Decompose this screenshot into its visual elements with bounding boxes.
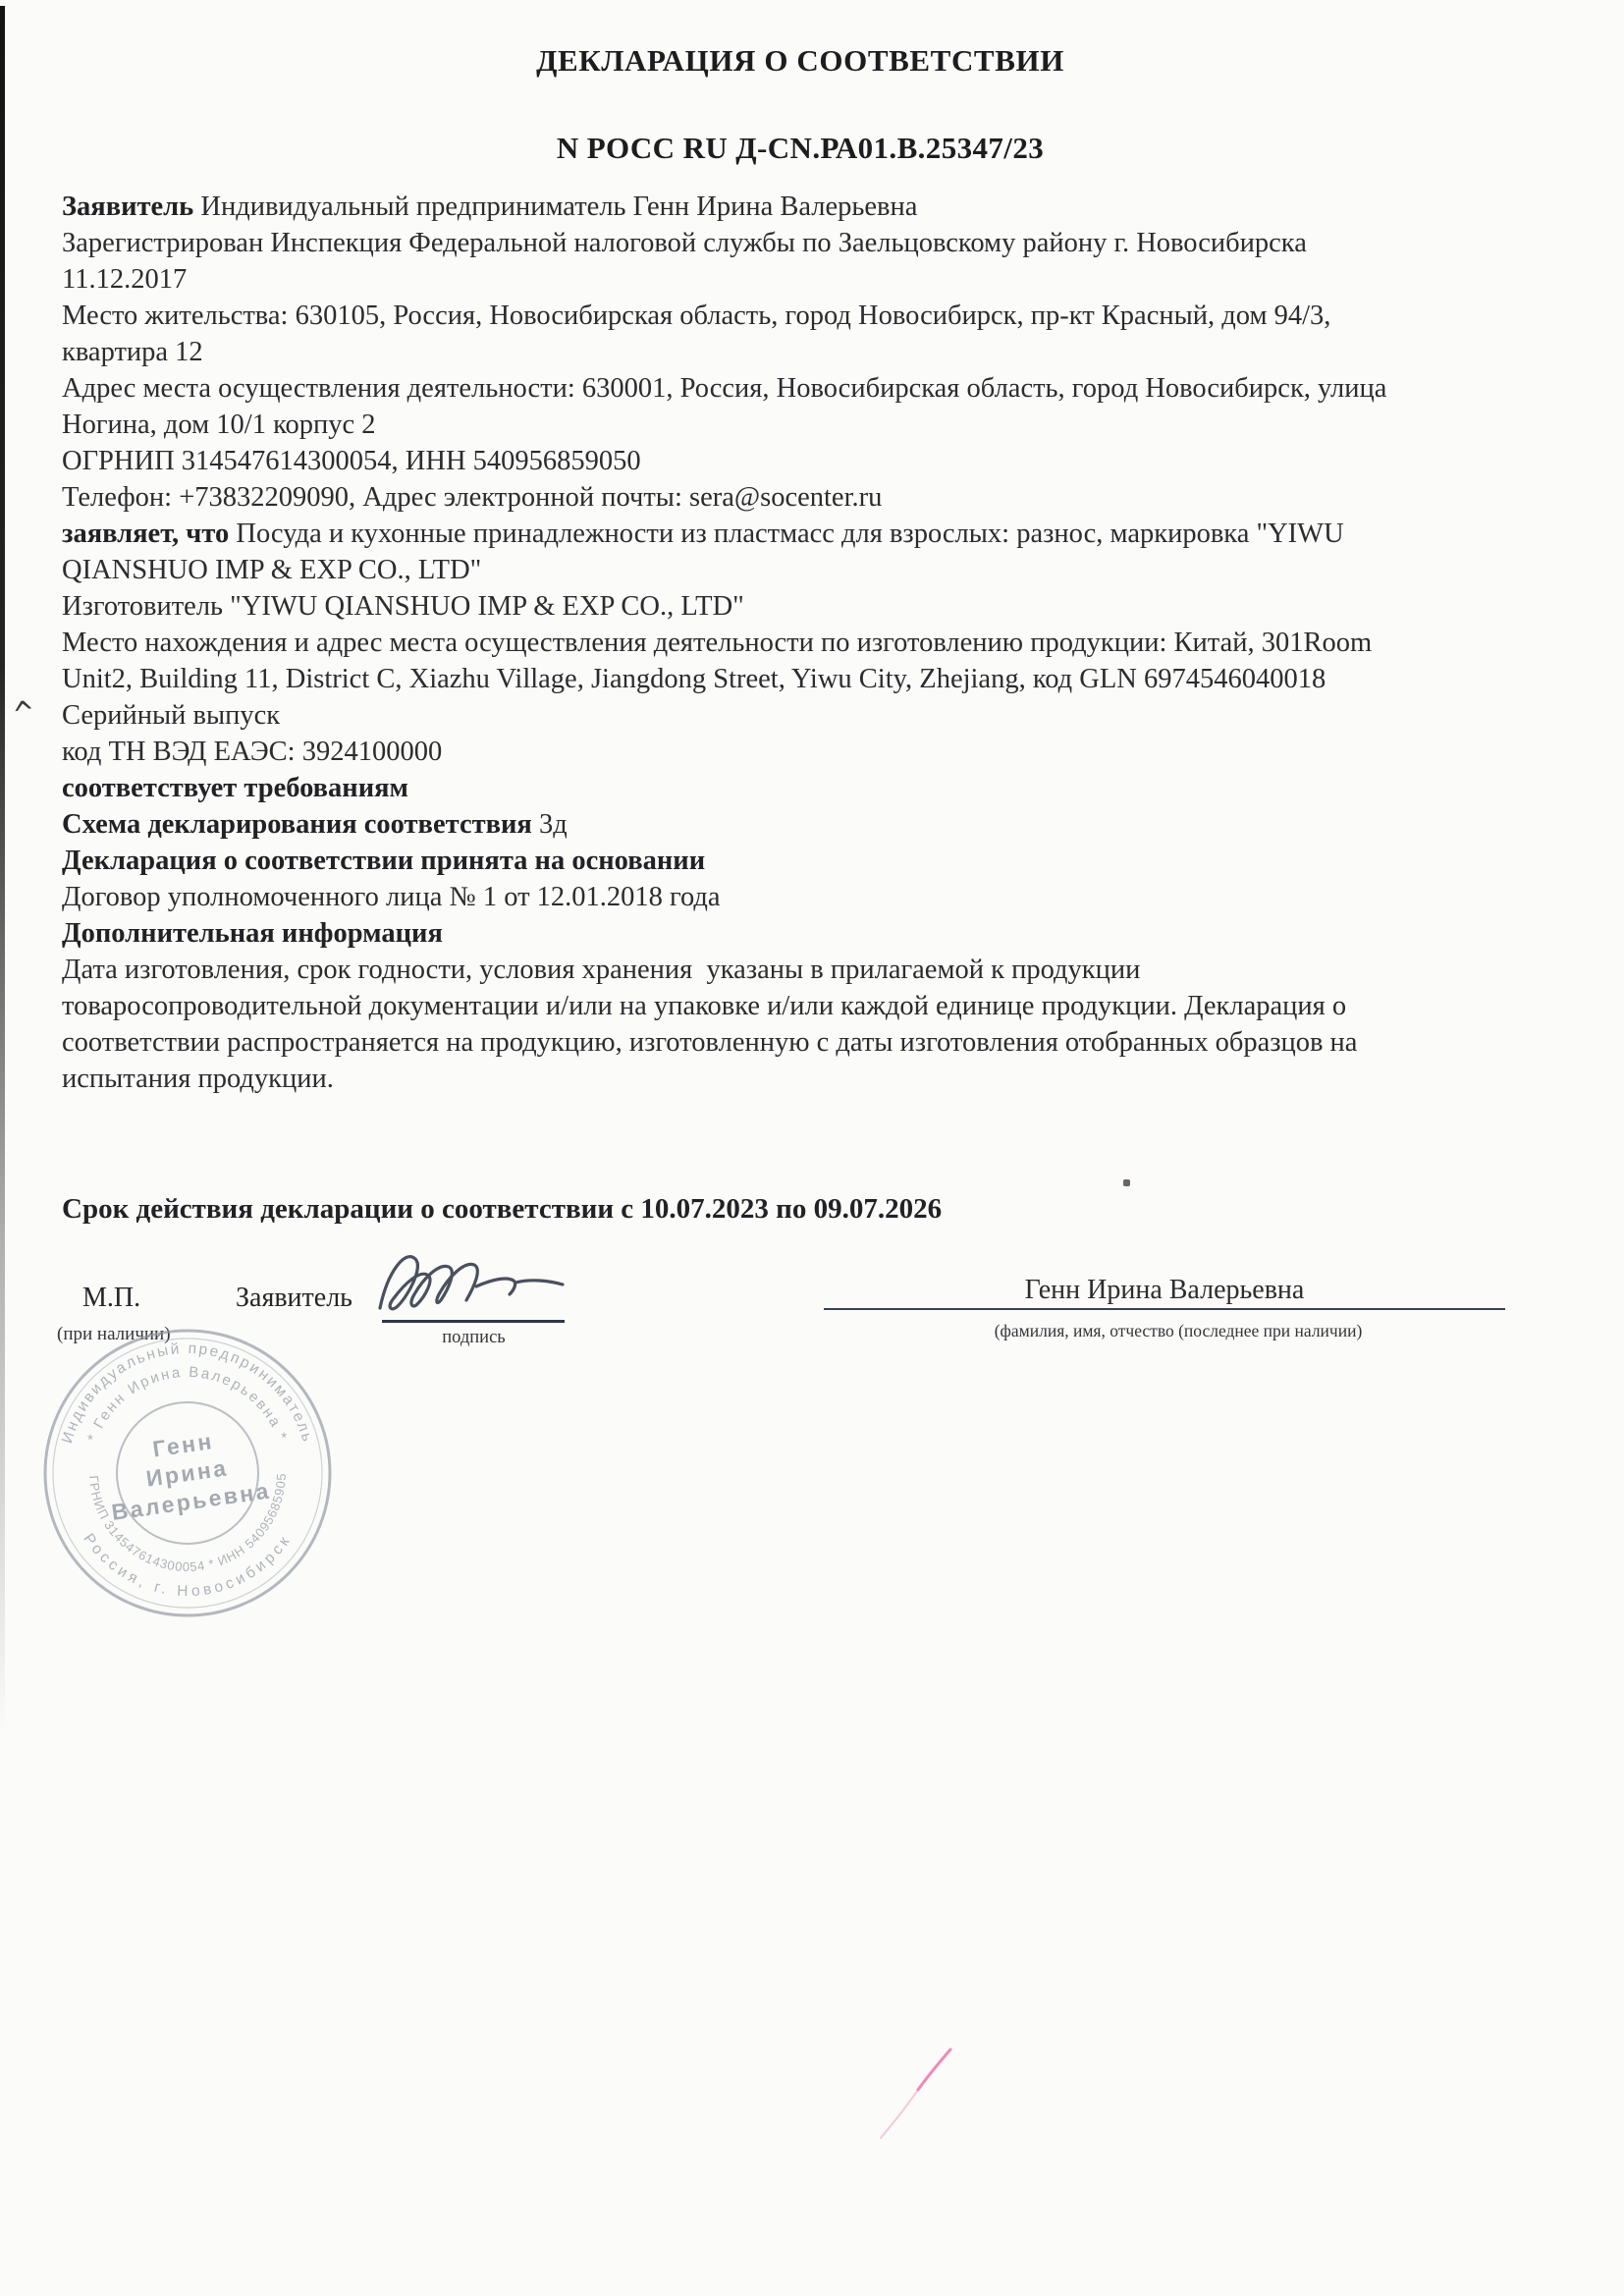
doc-line: код ТН ВЭД ЕАЭС: 3924100000 [62, 734, 442, 770]
doc-line: Схема декларирования соответствия 3д [62, 806, 568, 843]
doc-line-segment: Серийный выпуск [62, 700, 280, 731]
doc-line-segment: Место нахождения и адрес места осуществл… [62, 628, 1372, 658]
validity-period-line: Срок действия декларации о соответствии … [62, 1193, 942, 1226]
applicant-label: Заявитель [236, 1283, 352, 1314]
margin-caret-mark: ^ [11, 693, 37, 735]
doc-line-segment: квартира 12 [62, 337, 203, 367]
doc-line-segment: испытания продукции. [62, 1064, 334, 1094]
doc-line: Заявитель Индивидуальный предприниматель… [62, 189, 917, 225]
ink-speck-artifact [1123, 1179, 1130, 1186]
doc-line-bold-segment: соответствует требованиям [62, 773, 408, 803]
signature-caption: подпись [393, 1328, 555, 1348]
doc-line-bold-segment: Декларация о соответствии принята на осн… [62, 846, 705, 876]
doc-line-bold-segment: Заявитель [62, 191, 200, 222]
doc-line: Ногина, дом 10/1 корпус 2 [62, 407, 376, 443]
doc-line-segment: Договор уполномоченного лица № 1 от 12.0… [62, 882, 721, 912]
doc-line: ОГРНИП 314547614300054, ИНН 540956859050 [62, 443, 641, 479]
doc-line-segment: Телефон: +73832209090, Адрес электронной… [62, 482, 882, 513]
doc-line-segment: код ТН ВЭД ЕАЭС: 3924100000 [62, 737, 442, 767]
doc-line: Дополнительная информация [62, 915, 443, 952]
doc-line: 11.12.2017 [62, 261, 187, 298]
doc-line-segment: Зарегистрирован Инспекция Федеральной на… [62, 228, 1307, 258]
doc-line-segment: соответствии распространяется на продукц… [62, 1027, 1357, 1058]
doc-line-segment: Место жительства: 630105, Россия, Новоси… [62, 301, 1330, 331]
doc-line-segment: товаросопроводительной документации и/ил… [62, 991, 1346, 1021]
doc-line-bold-segment: Схема декларирования соответствия [62, 809, 539, 840]
doc-line-segment: Ногина, дом 10/1 корпус 2 [62, 410, 376, 440]
doc-line-segment: Посуда и кухонные принадлежности из плас… [236, 519, 1343, 549]
doc-line: Договор уполномоченного лица № 1 от 12.0… [62, 879, 721, 915]
doc-line-segment: 11.12.2017 [62, 264, 187, 295]
doc-line: соответствует требованиям [62, 770, 408, 806]
doc-line: Зарегистрирован Инспекция Федеральной на… [62, 225, 1307, 261]
doc-line-bold-segment: Дополнительная информация [62, 918, 443, 949]
doc-line-segment: QIANSHUO IMP & EXP CO., LTD" [62, 555, 481, 585]
doc-line: заявляет, что Посуда и кухонные принадле… [62, 516, 1344, 552]
doc-line-segment: Дата изготовления, срок годности, услови… [62, 955, 1140, 985]
doc-line-segment: 3д [539, 809, 568, 840]
pink-pen-stroke [864, 2033, 972, 2151]
document-page: ДЕКЛАРАЦИЯ О СООТВЕТСТВИИ N РОСС RU Д-CN… [0, 0, 1624, 2296]
handwritten-signature [366, 1243, 572, 1324]
doc-line: испытания продукции. [62, 1061, 334, 1097]
round-stamp: Индивидуальный предприниматель Россия, г… [35, 1323, 340, 1627]
doc-line-bold-segment: заявляет, что [62, 519, 236, 549]
doc-line: соответствии распространяется на продукц… [62, 1024, 1357, 1061]
stamp-place-label: М.П. [82, 1283, 140, 1314]
doc-line: QIANSHUO IMP & EXP CO., LTD" [62, 552, 481, 588]
doc-line-segment: Unit2, Building 11, District C, Xiazhu V… [62, 664, 1326, 694]
doc-line: Место жительства: 630105, Россия, Новоси… [62, 298, 1330, 334]
doc-line: Дата изготовления, срок годности, услови… [62, 952, 1140, 988]
doc-line-segment: Индивидуальный предприниматель Генн Ирин… [200, 191, 917, 222]
doc-line: Серийный выпуск [62, 697, 280, 734]
applicant-full-name: Генн Ирина Валерьевна [824, 1275, 1505, 1306]
doc-line: Декларация о соответствии принята на осн… [62, 843, 705, 879]
full-name-caption: (фамилия, имя, отчество (последнее при н… [933, 1321, 1424, 1341]
doc-line: Телефон: +73832209090, Адрес электронной… [62, 479, 882, 516]
doc-line-segment: Изготовитель "YIWU QIANSHUO IMP & EXP CO… [62, 591, 744, 622]
doc-line: Место нахождения и адрес места осуществл… [62, 625, 1372, 661]
full-name-line [824, 1308, 1505, 1310]
doc-line: Изготовитель "YIWU QIANSHUO IMP & EXP CO… [62, 588, 744, 625]
doc-line: товаросопроводительной документации и/ил… [62, 988, 1346, 1024]
doc-line: квартира 12 [62, 334, 203, 370]
signature-line [382, 1320, 565, 1323]
doc-line: Unit2, Building 11, District C, Xiazhu V… [62, 661, 1326, 697]
document-body: Заявитель Индивидуальный предприниматель… [0, 0, 1624, 2296]
doc-line: Адрес места осуществления деятельности: … [62, 370, 1386, 407]
doc-line-segment: Адрес места осуществления деятельности: … [62, 373, 1386, 404]
doc-line-segment: ОГРНИП 314547614300054, ИНН 540956859050 [62, 446, 641, 476]
